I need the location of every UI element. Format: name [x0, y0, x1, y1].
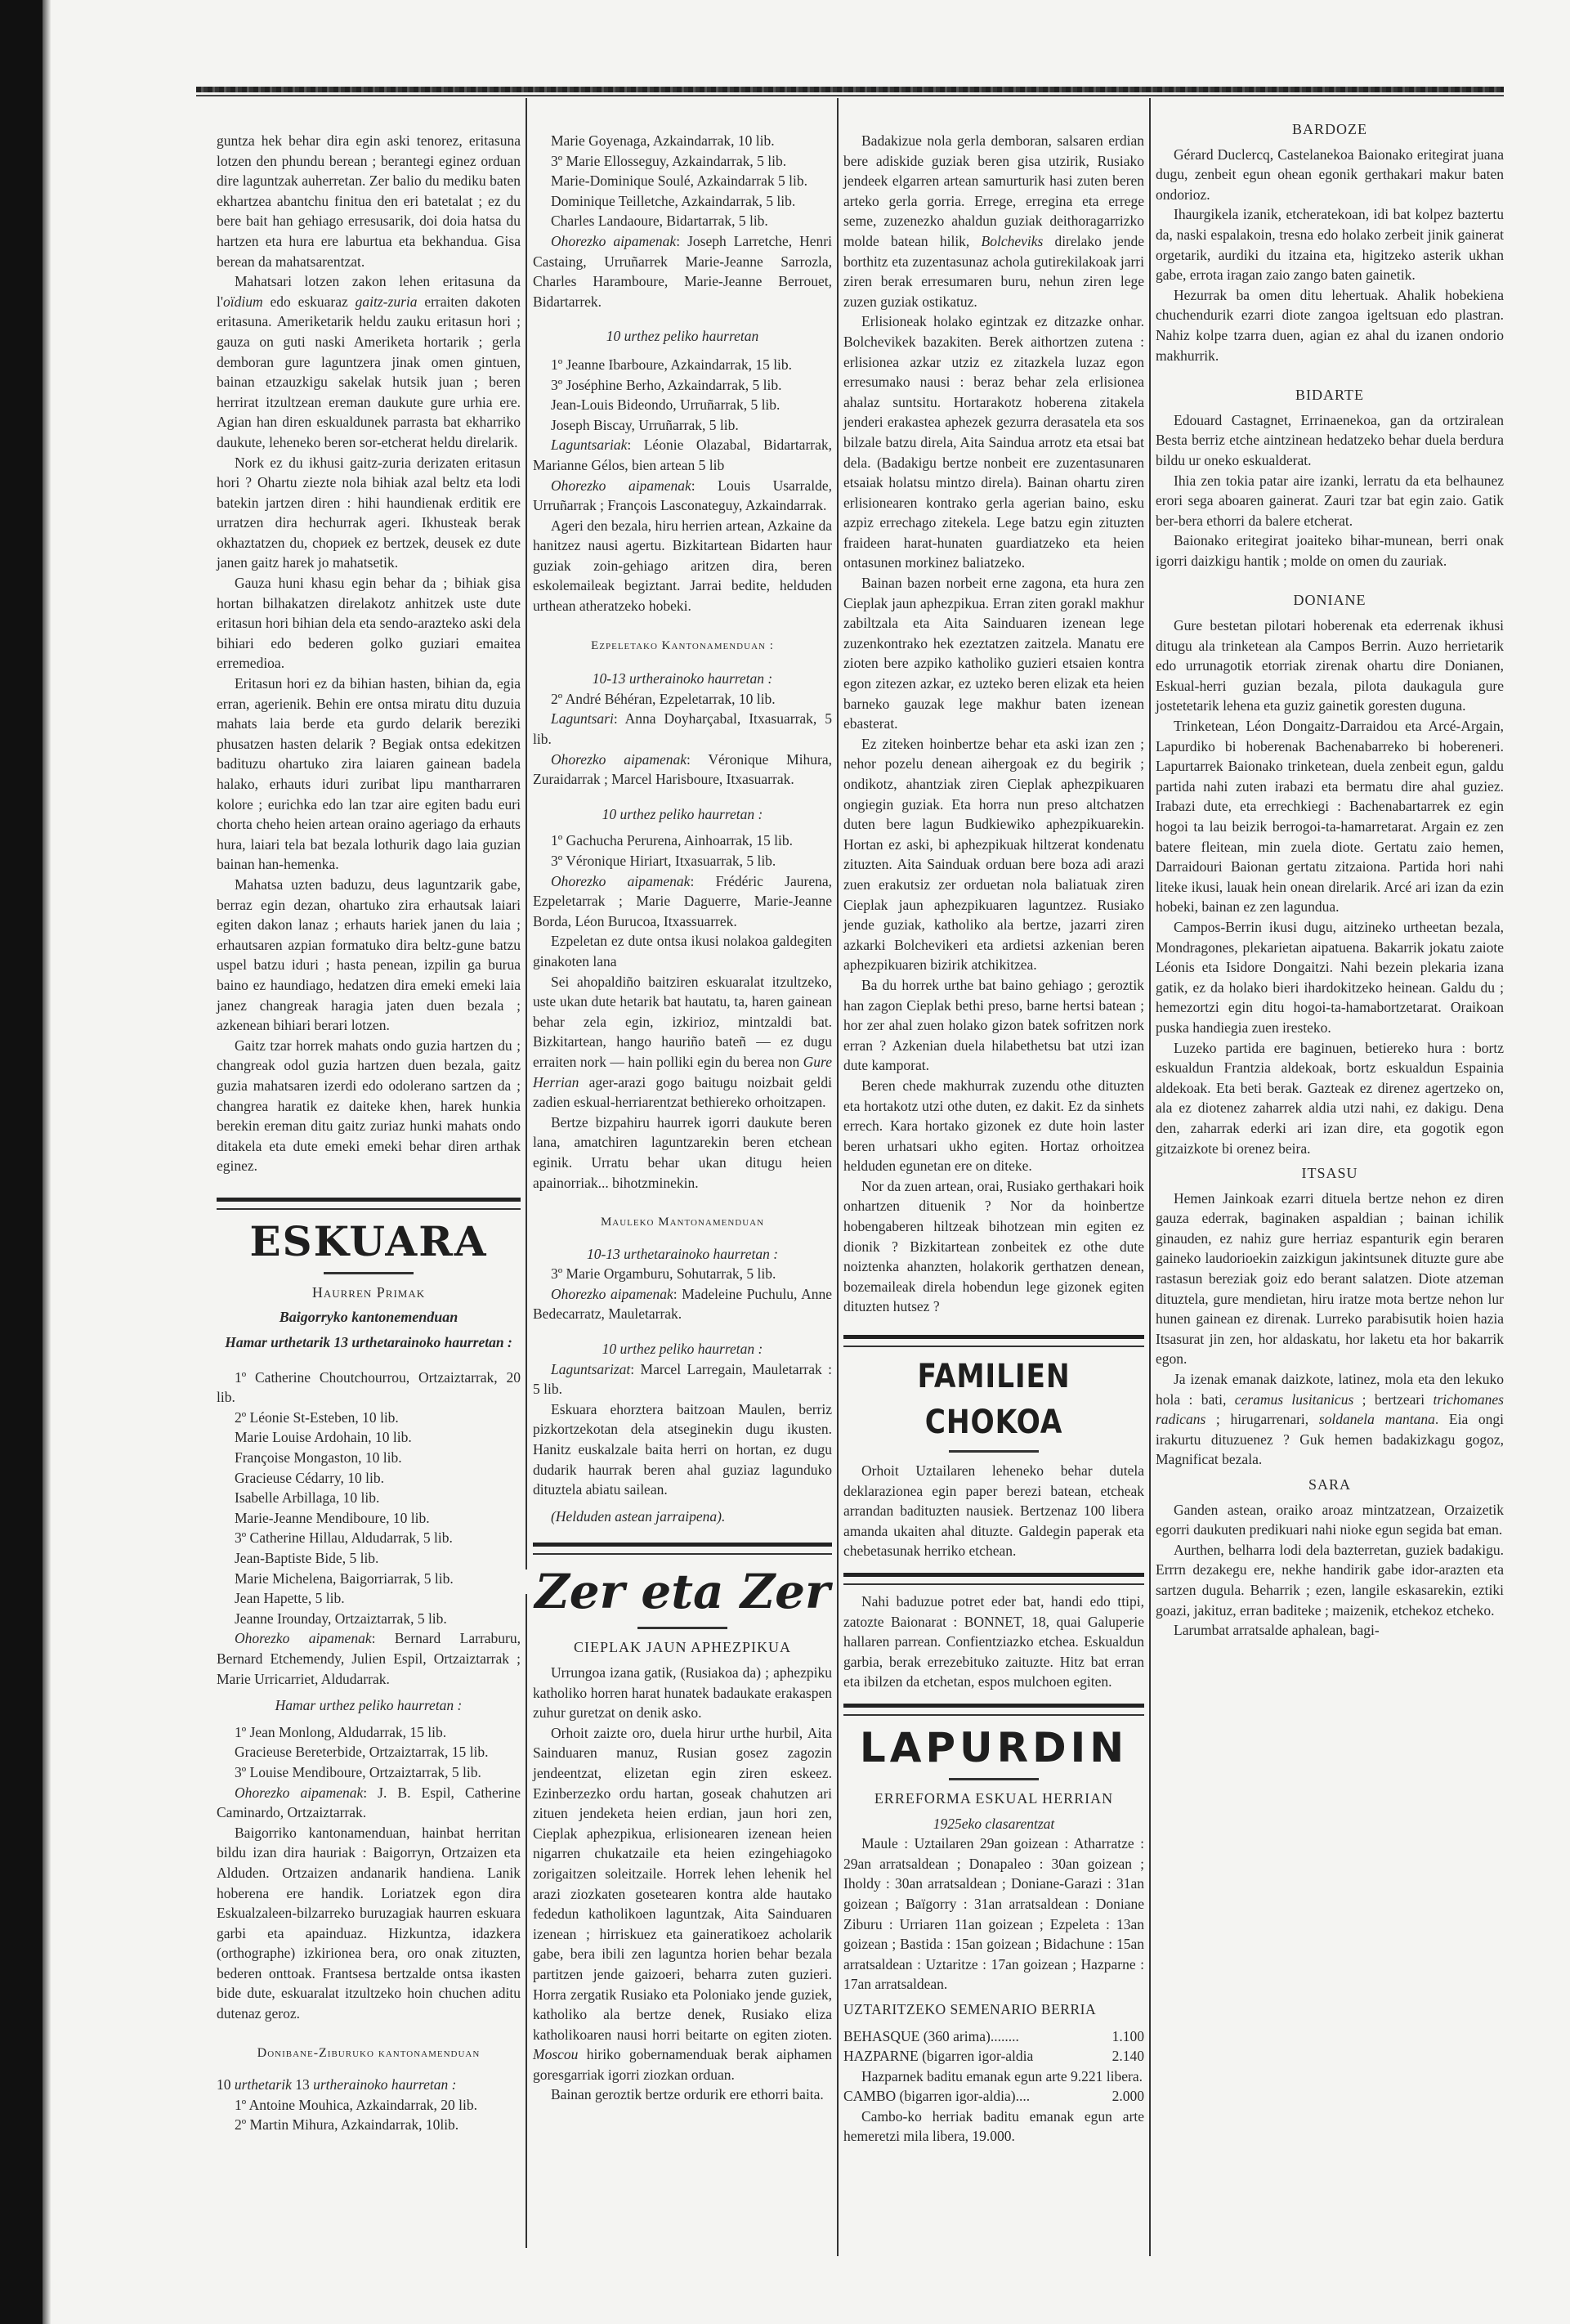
- town-heading: BARDOZE: [1156, 119, 1504, 140]
- prize-entry: 1º Gachucha Perurena, Ainhoarrak, 15 lib…: [533, 831, 832, 851]
- prize-entry: Françoise Mongaston, 10 lib.: [217, 1448, 521, 1468]
- age-group-heading: 10 urthetarik 13 urtherainoko haurretan …: [217, 2075, 521, 2095]
- prize-entry: Marie Michelena, Baigorriarrak, 5 lib.: [217, 1569, 521, 1589]
- spacer: [217, 1353, 521, 1368]
- article-subtitle: 1925eko clasarentzat: [843, 1814, 1144, 1834]
- label: Ohorezko aipamenak: [551, 233, 676, 249]
- spacer: [843, 2020, 1144, 2026]
- paragraph: Ez ziteken hoinbertze behar eta aski iza…: [843, 734, 1144, 975]
- paragraph: Gure bestetan pilotari hoberenak eta ede…: [1156, 616, 1504, 716]
- paragraph: Eskuara ehorztera baitzoan Maulen, berri…: [533, 1399, 832, 1500]
- town-heading: ITSASU: [1156, 1163, 1504, 1184]
- label: Laguntsari: [551, 710, 614, 727]
- prize-entry: Dominique Teilletche, Azkaindarrak, 5 li…: [533, 191, 832, 212]
- column-2: Marie Goyenaga, Azkaindarrak, 10 lib.3º …: [533, 131, 832, 2105]
- paragraph: Hezurrak ba omen ditu lehertuak. Ahalik …: [1156, 285, 1504, 365]
- paragraph: Ihaurgikela izanik, etcheratekoan, idi b…: [1156, 204, 1504, 284]
- text: urthetarik: [235, 2076, 292, 2093]
- label: Laguntsarizat: [551, 1361, 630, 1377]
- paragraph: Larumbat arratsalde aphalean, bagi-: [1156, 1620, 1504, 1641]
- paragraph: Ezpeletan ez dute ontsa ikusi nolakoa ga…: [533, 931, 832, 971]
- spacer: [533, 1500, 832, 1507]
- paragraph: Maule : Uztailaren 29an goizean : Atharr…: [843, 1834, 1144, 1995]
- label: Laguntsariak: [551, 437, 627, 453]
- label: Ohorezko aipamenak: [551, 873, 690, 889]
- masthead-lapurdin: LAPURDIN: [843, 1722, 1144, 1773]
- age-group-heading: Hamar urthez peliko haurretan :: [217, 1695, 521, 1716]
- column-divider: [526, 98, 527, 1569]
- prize-entry: Marie-Jeanne Mendiboure, 10 lib.: [217, 1508, 521, 1529]
- label: Ohorezko aipamenak: [551, 751, 687, 768]
- masthead-familien-chokoa: FAMILIEN CHOKOA: [865, 1354, 1123, 1445]
- prize-entry: 3º Véronique Hiriart, Itxasuarrak, 5 lib…: [533, 851, 832, 871]
- spacer: [533, 311, 832, 326]
- prize-entry: 2º Léonie St-Esteben, 10 lib.: [217, 1408, 521, 1428]
- paragraph: Gaitz tzar horrek mahats ondo guzia hart…: [217, 1036, 521, 1176]
- paragraph: Cambo-ko herriak baditu emanak egun arte…: [843, 2107, 1144, 2147]
- spacer: [1156, 365, 1504, 380]
- paragraph: Urrungoa izana gatik, (Rusiakoa da) ; ap…: [533, 1663, 832, 1723]
- town-heading: BIDARTE: [1156, 385, 1504, 405]
- paragraph: Hazparnek baditu emanak egun arte 9.221 …: [843, 2067, 1144, 2087]
- prize-entry: 3º Catherine Hillau, Aldudarrak, 5 lib.: [217, 1528, 521, 1548]
- honorable-mentions: Ohorezko aipamenak: Bernard Larraburu, B…: [217, 1628, 521, 1689]
- amount: 2.140: [1112, 2046, 1144, 2067]
- short-rule: [949, 1778, 1039, 1780]
- age-group-heading: 10-13 urthetarainoko haurretan :: [533, 1244, 832, 1265]
- continued-note: (Helduden astean jarraipena).: [533, 1507, 832, 1527]
- paragraph: Edouard Castagnet, Errinaenekoa, gan da …: [1156, 410, 1504, 471]
- assistance-prizes: Laguntsari: Anna Doyharçabal, Itxasuarra…: [533, 709, 832, 749]
- italic-term: gaitz-zuria: [356, 293, 418, 310]
- spacer: [533, 660, 832, 669]
- text: ; hirugarrenari,: [1205, 1411, 1319, 1427]
- donation-list: BEHASQUE (360 arima)........1.100HAZPARN…: [843, 2026, 1144, 2067]
- prize-entry: Marie-Dominique Soulé, Azkaindarrak 5 li…: [533, 171, 832, 191]
- label: Ohorezko aipamenak: [551, 477, 691, 494]
- prize-entry: Jean-Louis Bideondo, Urruñarrak, 5 lib.: [533, 395, 832, 415]
- place-name: Moscou: [533, 2046, 578, 2062]
- paragraph: Ja izenak emanak daizkote, latinez, mola…: [1156, 1369, 1504, 1470]
- latin-name: ceramus lusitanicus: [1235, 1391, 1354, 1408]
- article-title: CIEPLAK JAUN APHEZPIKUA: [533, 1637, 832, 1658]
- spacer: [533, 1238, 832, 1244]
- text: Badakizue nola gerla demboran, salsaren …: [843, 132, 1144, 249]
- paragraph: Nor da zuen artean, orai, Rusiako gertha…: [843, 1176, 1144, 1317]
- prize-entry: Jean-Baptiste Bide, 5 lib.: [217, 1548, 521, 1569]
- section-heading: Haurren Primak: [217, 1283, 521, 1303]
- donation-row: HAZPARNE (bigarren igor-aldia2.140: [843, 2046, 1144, 2067]
- prize-entry: Jeanne Irounday, Ortzaiztarrak, 5 lib.: [217, 1609, 521, 1629]
- paragraph: Ageri den bezala, hiru herrien artean, A…: [533, 516, 832, 616]
- amount: 2.000: [1112, 2086, 1144, 2107]
- spacer: [1156, 571, 1504, 585]
- scan-border-shadow: [42, 0, 51, 2324]
- paragraph: Baionako eritegirat joaiteko bihar-munea…: [1156, 531, 1504, 571]
- age-group-heading: Hamar urthetarik 13 urthetarainoko haurr…: [217, 1332, 521, 1353]
- prize-list: 1º Jeanne Ibarboure, Azkaindarrak, 15 li…: [533, 355, 832, 435]
- prize-entry: Marie Goyenaga, Azkaindarrak, 10 lib.: [533, 131, 832, 151]
- donation-row: BEHASQUE (360 arima)........1.100: [843, 2026, 1144, 2047]
- honorable-mentions: Ohorezko aipamenak: Véronique Mihura, Zu…: [533, 750, 832, 790]
- prize-list: 1º Catherine Choutchourrou, Ortzaiztarra…: [217, 1368, 521, 1629]
- text: hiriko gobernamenduak berak aiphamen gor…: [533, 2046, 832, 2083]
- prize-entry: Charles Landaoure, Bidartarrak, 5 lib.: [533, 211, 832, 231]
- column-3: Badakizue nola gerla demboran, salsaren …: [843, 131, 1144, 2147]
- age-group-heading: 10 urthez peliko haurretan: [533, 326, 832, 347]
- paragraph: Gauza huni khasu egin behar da ; bihiak …: [217, 573, 521, 674]
- spacer: [533, 1193, 832, 1207]
- prize-entry: 1º Jean Monlong, Aldudarrak, 15 lib.: [217, 1722, 521, 1743]
- honorable-mentions: Ohorezko aipamenak: Frédéric Jaurena, Ez…: [533, 871, 832, 932]
- paragraph: Bainan geroztik bertze ordurik ere ethor…: [533, 2084, 832, 2105]
- prize-entry: Joseph Biscay, Urruñarrak, 5 lib.: [533, 415, 832, 436]
- age-group-heading: 10 urthez peliko haurretan :: [533, 804, 832, 825]
- prize-entry: 3º Louise Mendiboure, Ortzaiztarrak, 5 l…: [217, 1762, 521, 1783]
- honorable-mentions: Ohorezko aipamenak: J. B. Espil, Catheri…: [217, 1783, 521, 1823]
- age-group-heading: 10-13 urtherainoko haurretan :: [533, 669, 832, 689]
- assistance-prizes: Laguntsariak: Léonie Olazabal, Bidartarr…: [533, 435, 832, 475]
- short-rule: [949, 1450, 1039, 1453]
- paragraph: Hemen Jainkoak ezarri dituela bertze neh…: [1156, 1189, 1504, 1369]
- masthead-eskuara: ESKUARA: [217, 1216, 521, 1267]
- prize-entry: 1º Catherine Choutchourrou, Ortzaiztarra…: [217, 1368, 521, 1408]
- text: erraiten dakoten eritasuna. Ameriketarik…: [217, 293, 521, 450]
- canton-heading: Ezpeletako Kantonamenduan :: [533, 636, 832, 656]
- canton-heading: Donibane-Ziburuko kantonamenduan: [217, 2044, 521, 2064]
- paragraph: Gérard Duclercq, Castelanekoa Baionako e…: [1156, 145, 1504, 205]
- spacer: [533, 347, 832, 355]
- text: ; bertzeari: [1353, 1391, 1433, 1408]
- paragraph: Trinketean, Léon Dongaitz-Darraidou eta …: [1156, 716, 1504, 917]
- italic-term: oïdium: [223, 293, 263, 310]
- town-heading: DONIANE: [1156, 590, 1504, 611]
- donor: CAMBO (bigarren igor-aldia)....: [843, 2086, 1030, 2107]
- prize-list: 1º Jean Monlong, Aldudarrak, 15 lib.Grac…: [217, 1722, 521, 1783]
- paragraph: Sei ahopaldiño baitziren eskuaralat itzu…: [533, 972, 832, 1113]
- paragraph: Mahatsa uzten baduzu, deus laguntzarik g…: [217, 875, 521, 1036]
- column-1: guntza hek behar dira egin aski tenorez,…: [217, 131, 521, 2135]
- donation-row: CAMBO (bigarren igor-aldia)....2.000: [843, 2086, 1144, 2107]
- prize-entry: Marie Louise Ardohain, 10 lib.: [217, 1427, 521, 1448]
- column-divider: [837, 98, 839, 2256]
- paragraph: Luzeko partida ere baginuen, betiereko h…: [1156, 1038, 1504, 1159]
- section-rule: [533, 1543, 832, 1555]
- spacer: [217, 2068, 521, 2075]
- prize-entry: 2º André Béhéran, Ezpeletarrak, 10 lib.: [533, 689, 832, 710]
- honorable-mentions: Ohorezko aipamenak: Madeleine Puchulu, A…: [533, 1284, 832, 1324]
- section-rule: [843, 1335, 1144, 1347]
- prize-entry: 3º Joséphine Berho, Azkaindarrak, 5 lib.: [533, 375, 832, 396]
- italic-term: Bolcheviks: [982, 233, 1044, 249]
- text: 10: [217, 2076, 235, 2093]
- prize-entry: 3º Marie Orgamburu, Sohutarrak, 5 lib.: [533, 1264, 832, 1284]
- paragraph: Eritasun hori ez da bihian hasten, bihia…: [217, 674, 521, 875]
- article-title: UZTARITZEKO SEMENARIO BERRIA: [843, 1999, 1144, 2020]
- canton-heading: Baigorryko kantonemenduan: [217, 1307, 521, 1328]
- spacer: [533, 824, 832, 831]
- prize-entry: 1º Antoine Mouhica, Azkaindarrak, 20 lib…: [217, 2095, 521, 2116]
- paragraph: Badakizue nola gerla demboran, salsaren …: [843, 131, 1144, 311]
- paragraph: Erlisioneak holako egintzak ez ditzazke …: [843, 311, 1144, 573]
- section-rule: [843, 1573, 1144, 1585]
- paragraph: Beren chede makhurrak zuzendu othe dituz…: [843, 1076, 1144, 1176]
- spacer: [533, 790, 832, 804]
- text: edo eskuaraz: [263, 293, 356, 310]
- paragraph: Ba du horrek urthe bat baino gehiago ; g…: [843, 975, 1144, 1076]
- prize-entry: 1º Jeanne Ibarboure, Azkaindarrak, 15 li…: [533, 355, 832, 375]
- age-group-heading: 10 urthez peliko haurretan :: [533, 1339, 832, 1359]
- article-title: ERREFORMA ESKUAL HERRIAN: [843, 1789, 1144, 1809]
- honorable-mentions: Ohorezko aipamenak: Louis Usarralde, Urr…: [533, 476, 832, 516]
- town-heading: SARA: [1156, 1475, 1504, 1495]
- spacer: [533, 1324, 832, 1339]
- prize-entry: Gracieuse Cédarry, 10 lib.: [217, 1468, 521, 1489]
- prize-entry: 3º Marie Ellosseguy, Azkaindarrak, 5 lib…: [533, 151, 832, 172]
- top-decorative-rule: [196, 87, 1504, 92]
- donor: BEHASQUE (360 arima)........: [843, 2026, 1019, 2047]
- assistance-prizes: Laguntsarizat: Marcel Larregain, Mauleta…: [533, 1359, 832, 1399]
- prize-list: Marie Goyenaga, Azkaindarrak, 10 lib.3º …: [533, 131, 832, 231]
- prize-entry: 2º Martin Mihura, Azkaindarrak, 10lib.: [217, 2115, 521, 2135]
- paragraph: Bainan bazen norbeit erne zagona, eta hu…: [843, 573, 1144, 734]
- paragraph: Mahatsari lotzen zakon lehen eritasuna d…: [217, 271, 521, 452]
- masthead-zer-eta-zer: Zer eta Zer: [533, 1561, 832, 1622]
- latin-name: soldanela mantana: [1319, 1411, 1435, 1427]
- prize-entry: Isabelle Arbillaga, 10 lib.: [217, 1488, 521, 1508]
- prize-entry: Jean Hapette, 5 lib.: [217, 1588, 521, 1609]
- scan-border: [0, 0, 42, 2324]
- advertisement: Nahi baduzue potret eder bat, handi edo …: [843, 1592, 1144, 1692]
- paragraph: Nork ez du ikhusi gaitz-zuria derizaten …: [217, 453, 521, 574]
- paragraph: Orhoit zaizte oro, duela hirur urthe hur…: [533, 1723, 832, 2085]
- paragraph: Ganden astean, oraiko aroaz mintzatzean,…: [1156, 1500, 1504, 1540]
- label: Ohorezko aipamenak: [551, 1286, 673, 1302]
- paragraph: guntza hek behar dira egin aski tenorez,…: [217, 131, 521, 271]
- spacer: [217, 2024, 521, 2039]
- paragraph: Aurthen, belharra lodi dela bazterretan,…: [1156, 1540, 1504, 1620]
- column-divider: [1149, 98, 1151, 2256]
- section-rule: [217, 1198, 521, 1210]
- text: Orhoit zaizte oro, duela hirur urthe hur…: [533, 1725, 832, 2043]
- paragraph: Orhoit Uztailaren leheneko behar dutela …: [843, 1461, 1144, 1561]
- short-rule: [324, 1272, 414, 1274]
- donor: HAZPARNE (bigarren igor-aldia: [843, 2046, 1033, 2067]
- top-thin-rule: [196, 95, 1504, 96]
- section-rule: [843, 1704, 1144, 1716]
- paragraph: Bertze bizpahiru haurrek igorri daukute …: [533, 1113, 832, 1193]
- paragraph: Campos-Berrin ikusi dugu, aitzineko urth…: [1156, 917, 1504, 1038]
- column-4: BARDOZE Gérard Duclercq, Castelanekoa Ba…: [1156, 114, 1504, 1641]
- prize-entry: Gracieuse Bereterbide, Ortzaiztarrak, 15…: [217, 1742, 521, 1762]
- text: 13: [292, 2076, 313, 2093]
- text: urtherainoko haurretan :: [313, 2076, 456, 2093]
- canton-heading: Mauleko Mantonamenduan: [533, 1212, 832, 1233]
- prize-list: 1º Antoine Mouhica, Azkaindarrak, 20 lib…: [217, 2095, 521, 2135]
- honorable-mentions: Ohorezko aipamenak: Joseph Larretche, He…: [533, 231, 832, 311]
- label: Ohorezko aipamenak: [235, 1784, 363, 1801]
- paragraph: Baigorriko kantonamenduan, hainbat herri…: [217, 1823, 521, 2024]
- amount: 1.100: [1112, 2026, 1144, 2047]
- paragraph: Ihia zen tokia patar aire izanki, lerrat…: [1156, 471, 1504, 531]
- short-rule: [637, 1627, 727, 1629]
- column-divider: [526, 1594, 527, 2248]
- text: Sei ahopaldiño baitziren eskuaralat itzu…: [533, 974, 832, 1070]
- spacer: [533, 616, 832, 631]
- prize-list: 1º Gachucha Perurena, Ainhoarrak, 15 lib…: [533, 831, 832, 871]
- label: Ohorezko aipamenak: [235, 1630, 372, 1646]
